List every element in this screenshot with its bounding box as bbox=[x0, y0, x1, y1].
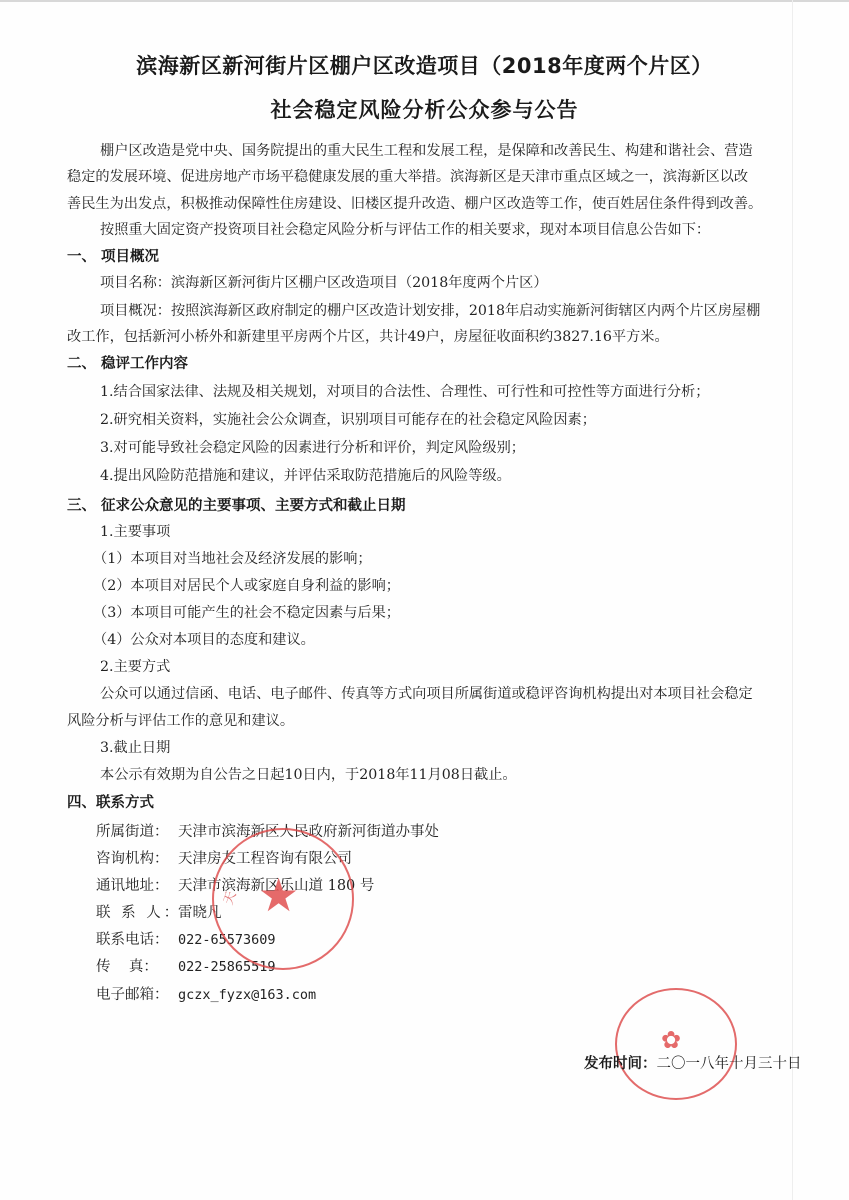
assessment-item-2: 2.研究相关资料，实施社会公众调查，识别项目可能存在的社会稳定风险因素； bbox=[100, 409, 596, 429]
project-name: 项目名称：滨海新区新河街片区棚户区改造项目（2018年度两个片区） bbox=[100, 272, 548, 292]
document-subtitle: 社会稳定风险分析公众参与公告 bbox=[0, 94, 849, 124]
contact-label: 咨询机构： bbox=[96, 847, 178, 868]
intro-line-2: 稳定的发展环境、促进房地产市场平稳健康发展的重大举措。滨海新区是天津市重点区域之… bbox=[67, 166, 748, 186]
star-icon: ★ bbox=[258, 872, 299, 918]
intro-para-2: 按照重大固定资产投资项目社会稳定风险分析与评估工作的相关要求，现对本项目信息公告… bbox=[100, 219, 710, 239]
subheading-main-matters: 1.主要事项 bbox=[100, 521, 170, 541]
matter-3: （3）本项目可能产生的社会不稳定因素与后果； bbox=[93, 602, 400, 622]
intro-line-3: 善民生为出发点，积极推动保障性住房建设、旧楼区提升改造、棚户区改造等工作，使百姓… bbox=[67, 193, 762, 213]
government-seal-stamp: ✿ bbox=[615, 988, 737, 1100]
document-title: 滨海新区新河街片区棚户区改造项目（2018年度两个片区） bbox=[0, 50, 849, 80]
subheading-deadline: 3.截止日期 bbox=[100, 737, 170, 757]
methods-line-2: 风险分析与评估工作的意见和建议。 bbox=[67, 710, 294, 730]
contact-email: 电子邮箱：gczx_fyzx@163.com bbox=[96, 983, 316, 1004]
company-seal-stamp: ★ 天 bbox=[212, 828, 354, 970]
project-overview-line-2: 改工作，包括新河小桥外和新建里平房两个片区，共计49户，房屋征收面积约3827.… bbox=[67, 326, 669, 346]
document-page: 滨海新区新河街片区棚户区改造项目（2018年度两个片区） 社会稳定风险分析公众参… bbox=[0, 0, 849, 1200]
matter-4: （4）公众对本项目的态度和建议。 bbox=[93, 629, 315, 649]
contact-label: 联系电话： bbox=[96, 928, 178, 949]
publish-date: 发布时间：二〇一八年十月三十日 bbox=[584, 1052, 802, 1073]
intro-line-1: 棚户区改造是党中央、国务院提出的重大民生工程和发展工程，是保障和改善民生、构建和… bbox=[100, 140, 753, 160]
publish-label: 发布时间： bbox=[584, 1056, 657, 1072]
project-overview-line-1: 项目概况：按照滨海新区政府制定的棚户区改造计划安排，2018年启动实施新河街辖区… bbox=[100, 300, 760, 320]
section-2-heading: 二、 稳评工作内容 bbox=[67, 352, 188, 373]
contact-label: 通讯地址： bbox=[96, 874, 178, 895]
assessment-item-3: 3.对可能导致社会稳定风险的因素进行分析和评价，判定风险级别； bbox=[100, 437, 525, 457]
contact-email-link[interactable]: gczx_fyzx@163.com bbox=[178, 987, 316, 1003]
contact-label: 所属街道： bbox=[96, 820, 178, 841]
matter-1: （1）本项目对当地社会及经济发展的影响； bbox=[93, 548, 372, 568]
assessment-item-1: 1.结合国家法律、法规及相关规划，对项目的合法性、合理性、可行性和可控性等方面进… bbox=[100, 381, 709, 401]
emblem-icon: ✿ bbox=[661, 1028, 681, 1052]
matter-2: （2）本项目对居民个人或家庭自身利益的影响； bbox=[93, 575, 400, 595]
seal-text: 天 bbox=[217, 888, 239, 907]
scan-edge-right bbox=[792, 0, 793, 1200]
deadline-text: 本公示有效期为自公告之日起10日内，于2018年11月08日截止。 bbox=[100, 764, 517, 784]
publish-date-value: 二〇一八年十月三十日 bbox=[657, 1056, 802, 1072]
subheading-main-methods: 2.主要方式 bbox=[100, 656, 170, 676]
contact-label: 电子邮箱： bbox=[96, 983, 178, 1004]
contact-label: 传 真： bbox=[96, 955, 178, 976]
section-1-heading: 一、 项目概况 bbox=[67, 245, 159, 266]
assessment-item-4: 4.提出风险防范措施和建议，并评估采取防范措施后的风险等级。 bbox=[100, 465, 511, 485]
section-4-heading: 四、联系方式 bbox=[67, 791, 154, 812]
scan-edge-top bbox=[0, 0, 849, 2]
contact-label: 联 系 人： bbox=[96, 901, 178, 922]
section-3-heading: 三、 征求公众意见的主要事项、主要方式和截止日期 bbox=[67, 494, 406, 515]
methods-line-1: 公众可以通过信函、电话、电子邮件、传真等方式向项目所属街道或稳评咨询机构提出对本… bbox=[100, 683, 753, 703]
contact-person: 联 系 人：雷晓凡 bbox=[96, 901, 222, 922]
